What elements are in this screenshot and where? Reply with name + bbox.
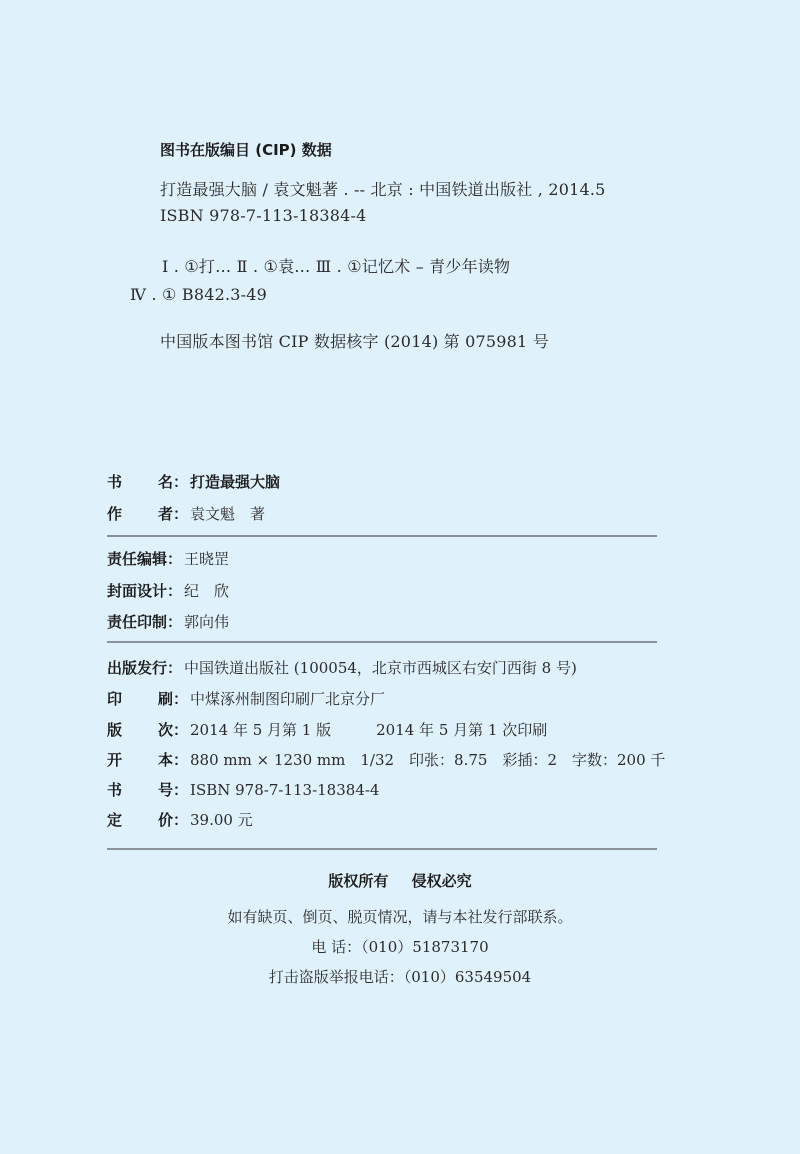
printer-label: 印刷 <box>107 688 173 709</box>
format-row: 开本 ： 880 mm × 1230 mm 1/32 印张：8.75 彩插：2 … <box>107 749 665 770</box>
book-title-row: 书名 ： 打造最强大脑 <box>107 471 280 492</box>
cip-isbn-line: ISBN 978-7-113-18384-4 <box>160 206 367 225</box>
edition-row: 版次 ： 2014 年 5 月第 1 版 2014 年 5 月第 1 次印刷 <box>107 719 547 740</box>
author-value: 袁文魁 著 <box>190 503 265 524</box>
author-row: 作者 ： 袁文魁 著 <box>107 503 265 524</box>
cover-design-label: 封面设计 <box>107 580 167 601</box>
format-value: 880 mm × 1230 mm 1/32 印张：8.75 彩插：2 字数：20… <box>190 749 665 770</box>
editor-label: 责任编辑 <box>107 548 167 569</box>
isbn-label: 书号 <box>107 779 173 800</box>
cip-subject-line-2: Ⅳ . ① B842.3-49 <box>130 285 267 304</box>
rights-piracy-phone: 打击盗版举报电话：（010）63549504 <box>0 966 800 987</box>
publisher-label: 出版发行 <box>107 657 167 678</box>
rights-notice: 如有缺页、倒页、脱页情况，请与本社发行部联系。 <box>0 906 800 927</box>
format-label: 开本 <box>107 749 173 770</box>
editor-row: 责任编辑 ： 王晓罡 <box>107 548 229 569</box>
price-row: 定价 ： 39.00 元 <box>107 809 253 830</box>
print-supervisor-row: 责任印制 ： 郭向伟 <box>107 611 229 632</box>
divider-1 <box>107 535 657 537</box>
cip-number: 中国版本图书馆 CIP 数据核字 (2014) 第 075981 号 <box>160 329 549 352</box>
editor-value: 王晓罡 <box>184 548 229 569</box>
cip-subject-line-1: Ⅰ . ①打… Ⅱ . ①袁… Ⅲ . ①记忆术 – 青少年读物 <box>162 254 510 277</box>
divider-2 <box>107 641 657 643</box>
printer-value: 中煤涿州制图印刷厂北京分厂 <box>190 688 385 709</box>
price-value: 39.00 元 <box>190 809 253 830</box>
divider-3 <box>107 848 657 850</box>
rights-phone: 电 话：（010）51873170 <box>0 936 800 957</box>
cover-design-row: 封面设计 ： 纪 欣 <box>107 580 229 601</box>
cover-design-value: 纪 欣 <box>184 580 229 601</box>
book-title-label: 书名 <box>107 471 173 492</box>
publisher-row: 出版发行 ： 中国铁道出版社 (100054，北京市西城区右安门西街 8 号) <box>107 657 577 678</box>
publisher-value: 中国铁道出版社 (100054，北京市西城区右安门西街 8 号) <box>184 657 577 678</box>
price-label: 定价 <box>107 809 173 830</box>
print-supervisor-label: 责任印制 <box>107 611 167 632</box>
isbn-value: ISBN 978-7-113-18384-4 <box>190 781 379 799</box>
isbn-row: 书号 ： ISBN 978-7-113-18384-4 <box>107 779 379 800</box>
printer-row: 印刷 ： 中煤涿州制图印刷厂北京分厂 <box>107 688 385 709</box>
edition-label: 版次 <box>107 719 173 740</box>
book-title-value: 打造最强大脑 <box>190 471 280 492</box>
rights-title: 版权所有 侵权必究 <box>0 870 800 891</box>
print-supervisor-value: 郭向伟 <box>184 611 229 632</box>
edition-value: 2014 年 5 月第 1 版 2014 年 5 月第 1 次印刷 <box>190 719 547 740</box>
author-label: 作者 <box>107 503 173 524</box>
cip-catalog-line: 打造最强大脑 / 袁文魁著 . -- 北京 : 中国铁道出版社 , 2014.5 <box>160 177 606 200</box>
cip-heading: 图书在版编目 (CIP) 数据 <box>160 139 332 160</box>
